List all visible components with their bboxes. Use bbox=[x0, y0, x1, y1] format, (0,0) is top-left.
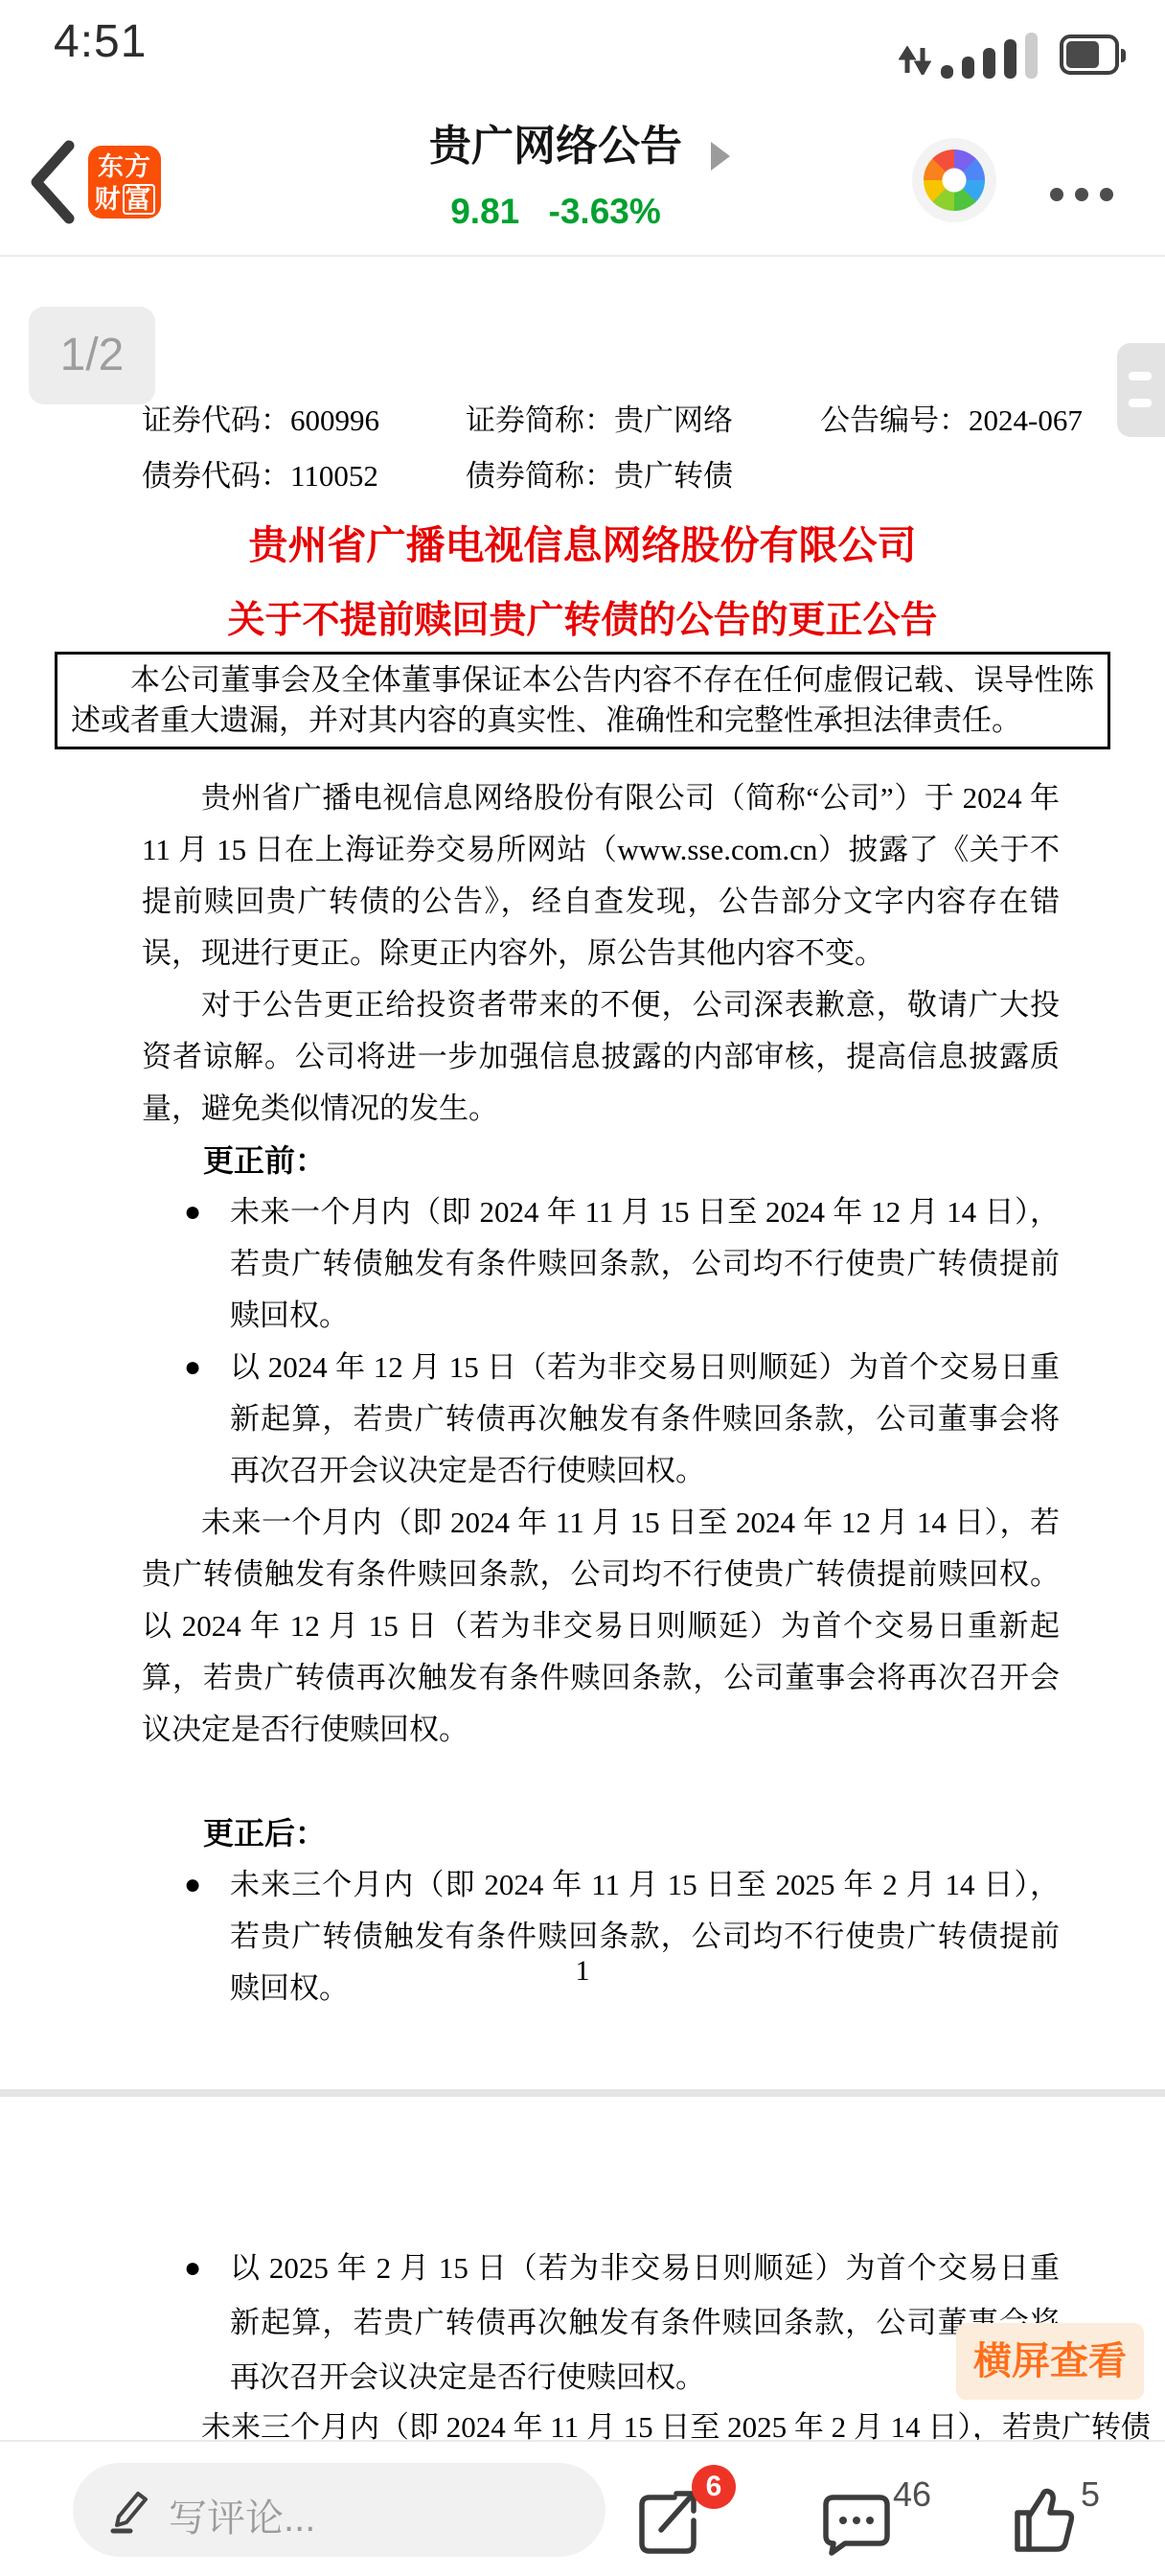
doc-body-page1: 贵州省广播电视信息网络股份有限公司（简称“公司”）于 2024 年 11 月 1… bbox=[142, 772, 1060, 2014]
aperture-icon bbox=[924, 149, 985, 211]
notice-no-label: 公告编号： bbox=[820, 403, 969, 437]
share-button[interactable] bbox=[636, 2488, 701, 2557]
doc-title-subject: 关于不提前赎回贵广转债的公告的更正公告 bbox=[0, 590, 1165, 644]
after-correction-heading: 更正后： bbox=[142, 1807, 1060, 1859]
bond-name-label: 债券简称： bbox=[466, 459, 614, 493]
paragraph: 对于公告更正给投资者带来的不便，公司深表歉意，敬请广大投资者谅解。公司将进一步加… bbox=[142, 979, 1060, 1135]
more-options-button[interactable] bbox=[1050, 188, 1132, 207]
notice-no: 2024-067 bbox=[969, 403, 1083, 437]
bond-name: 贵广转债 bbox=[614, 459, 733, 493]
like-button[interactable] bbox=[1010, 2486, 1077, 2557]
sec-name-label: 证券简称： bbox=[466, 403, 614, 437]
comment-button[interactable] bbox=[822, 2494, 891, 2557]
declaration-box: 本公司董事会及全体董事保证本公告内容不存在任何虚假记载、误导性陈述或者重大遗漏，… bbox=[55, 652, 1110, 749]
bond-code: 110052 bbox=[290, 459, 378, 493]
doc-title-company: 贵州省广播电视信息网络股份有限公司 bbox=[0, 514, 1165, 570]
doc-info-rows: 证券代码：600996 证券简称：贵广网络 公告编号：2024-067 债券代码… bbox=[142, 393, 1109, 504]
page-indicator: 1/2 bbox=[29, 307, 155, 404]
status-bar: 4:51 bbox=[0, 0, 1165, 92]
sec-code-label: 证券代码： bbox=[142, 403, 290, 437]
sec-name: 贵广网络 bbox=[614, 403, 733, 437]
document-viewer: 1/2 证券代码：600996 证券简称：贵广网络 公告编号：2024-067 … bbox=[0, 257, 1165, 2440]
share-app-button[interactable] bbox=[912, 138, 996, 222]
bottom-toolbar: 写评论... 6 46 5 bbox=[0, 2440, 1165, 2576]
before-correction-heading: 更正前： bbox=[142, 1135, 1060, 1186]
stock-change: -3.63% bbox=[549, 192, 661, 231]
paragraph: 未来一个月内（即 2024 年 11 月 15 日至 2024 年 12 月 1… bbox=[142, 1497, 1060, 1756]
comment-placeholder: 写评论... bbox=[169, 2488, 315, 2542]
doc-body-page2: 以 2025 年 2 月 15 日（若为非交易日则顺延）为首个交易日重新起算，若… bbox=[142, 2241, 1060, 2404]
nav-bar: 东方 财富 贵广网络公告 9.81 -3.63% bbox=[0, 92, 1165, 257]
bullet-item: 以 2025 年 2 月 15 日（若为非交易日则顺延）为首个交易日重新起算，若… bbox=[142, 2241, 1060, 2404]
page-title: 贵广网络公告 bbox=[429, 111, 682, 172]
caret-right-icon bbox=[711, 142, 730, 171]
like-count: 5 bbox=[1081, 2474, 1100, 2515]
bullet-item: 未来三个月内（即 2024 年 11 月 15 日至 2025 年 2 月 14… bbox=[142, 1859, 1060, 2014]
share-badge: 6 bbox=[692, 2465, 736, 2509]
signal-strength-icon bbox=[941, 33, 1048, 79]
clock-time: 4:51 bbox=[54, 15, 147, 68]
bond-code-label: 债券代码： bbox=[142, 459, 290, 493]
comment-count: 46 bbox=[893, 2474, 931, 2515]
page-number: 1 bbox=[0, 1955, 1165, 1988]
sec-code: 600996 bbox=[290, 403, 379, 437]
page-separator bbox=[0, 2089, 1165, 2097]
scroll-handle[interactable] bbox=[1117, 343, 1165, 437]
network-activity-icon bbox=[899, 46, 933, 75]
battery-icon bbox=[1060, 34, 1119, 75]
stock-price: 9.81 bbox=[450, 192, 519, 231]
paragraph: 贵州省广播电视信息网络股份有限公司（简称“公司”）于 2024 年 11 月 1… bbox=[142, 772, 1060, 979]
comment-input[interactable]: 写评论... bbox=[73, 2463, 605, 2557]
bullet-item: 未来一个月内（即 2024 年 11 月 15 日至 2024 年 12 月 1… bbox=[142, 1186, 1060, 1342]
bullet-item: 以 2024 年 12 月 15 日（若为非交易日则顺延）为首个交易日重新起算，… bbox=[142, 1342, 1060, 1497]
landscape-view-button[interactable]: 横屏查看 bbox=[956, 2323, 1144, 2400]
declaration-text: 本公司董事会及全体董事保证本公告内容不存在任何虚假记载、误导性陈述或者重大遗漏，… bbox=[71, 660, 1094, 741]
pencil-icon bbox=[105, 2488, 151, 2534]
